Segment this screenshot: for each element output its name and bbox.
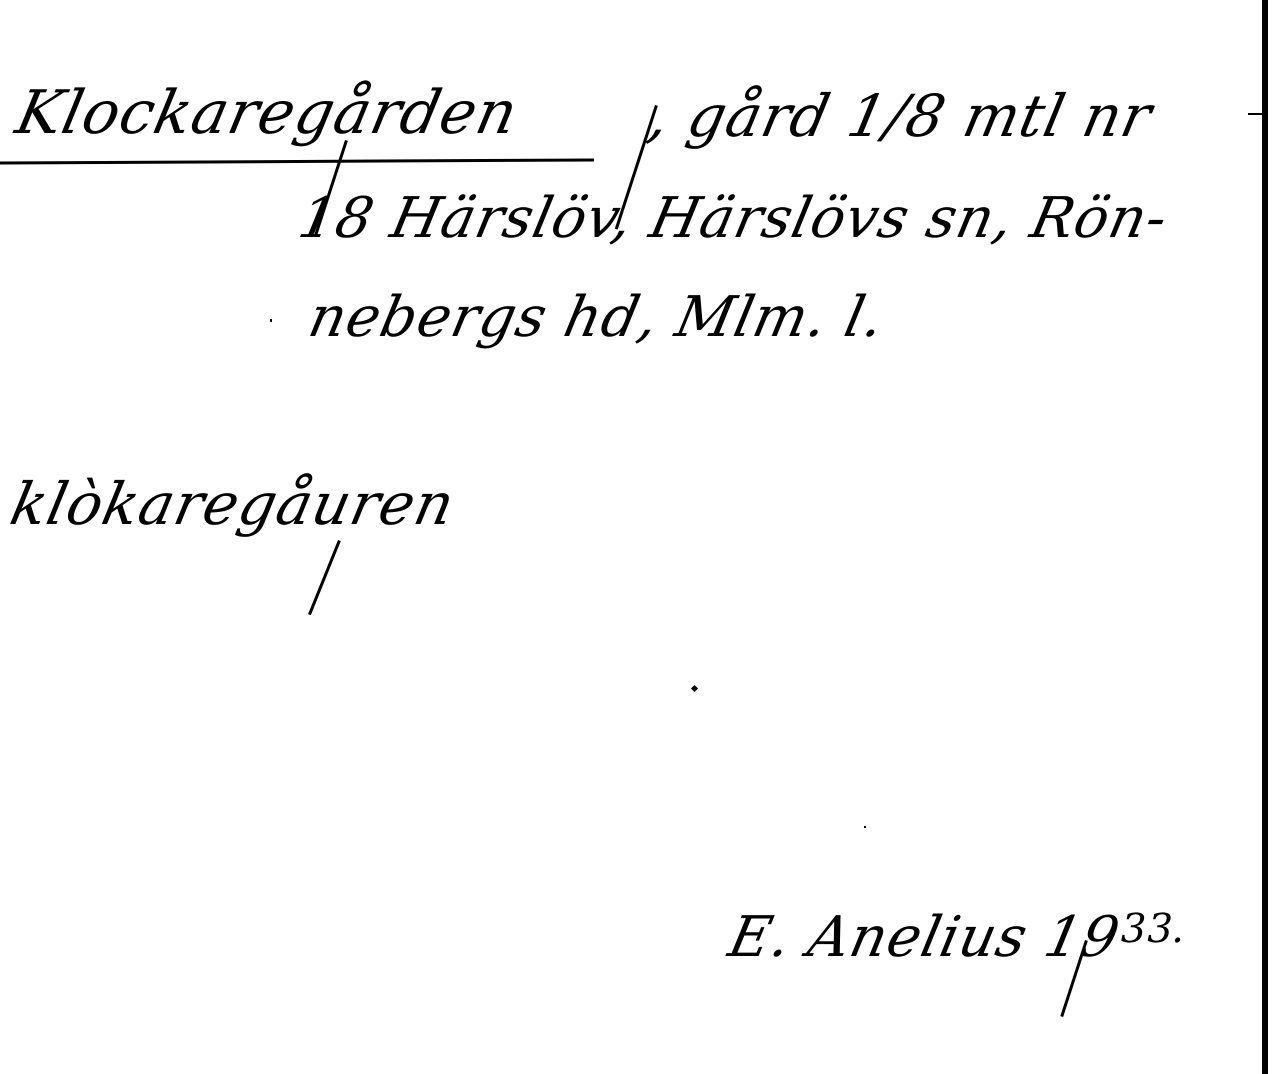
scan-speck (270, 319, 272, 322)
signature-year-suffix: 33. (1116, 906, 1192, 952)
archival-card: Klockaregården , gård 1/8 mtl nr 18 Härs… (0, 0, 1282, 1074)
signature-line: E. Anelius 1933. (723, 905, 1192, 970)
card-edge-tick (1248, 113, 1264, 115)
scan-speck (864, 826, 866, 828)
card-edge-border (1262, 0, 1268, 1074)
pronunciation-line: klòkaregåuren (5, 470, 461, 538)
record-line-2: 18 Härslöv, Härslövs sn, Rön- (293, 186, 1174, 251)
scan-speck (691, 685, 698, 692)
record-line-1: , gård 1/8 mtl nr (643, 82, 1158, 150)
headword: Klockaregården (10, 78, 524, 148)
record-line-3: nebergs hd, Mlm. l. (303, 285, 890, 350)
signature-name: E. Anelius (723, 905, 1034, 970)
signature-year-prefix: 19 (1039, 905, 1126, 970)
descender-stroke-pronunciation (308, 540, 341, 615)
headword-underline (0, 158, 594, 164)
